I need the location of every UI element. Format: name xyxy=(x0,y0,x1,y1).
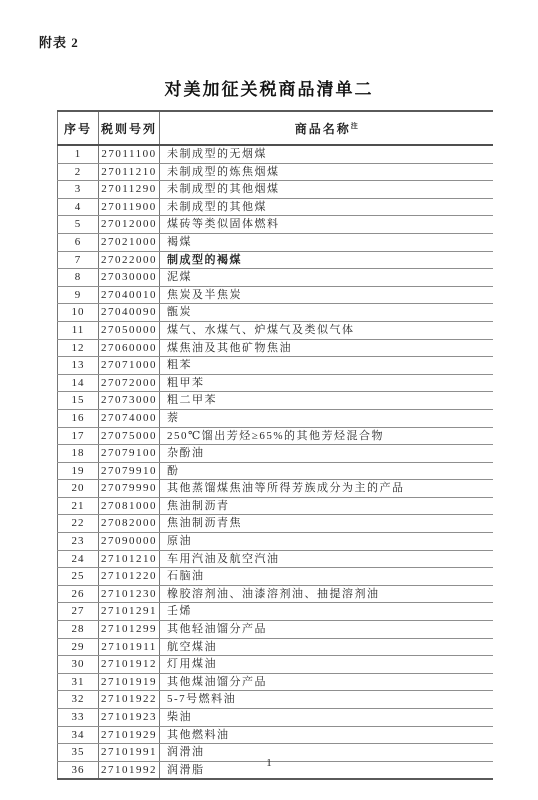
row-index-cell: 11 xyxy=(58,321,99,339)
row-index-cell: 15 xyxy=(58,392,99,410)
table-row: 2227082000焦油制沥青焦 xyxy=(58,515,493,533)
column-header-name: 商品名称注 xyxy=(160,111,493,145)
attachment-label: 附表 2 xyxy=(39,32,79,51)
row-index-cell: 29 xyxy=(58,638,99,656)
tariff-code-cell: 27101922 xyxy=(99,691,160,709)
product-name-cell: 其他煤油馏分产品 xyxy=(160,673,493,691)
tariff-code-cell: 27101299 xyxy=(99,621,160,639)
row-index-cell: 26 xyxy=(58,585,99,603)
tariff-code-cell: 27021000 xyxy=(99,233,160,251)
table-row: 727022000制成型的褐煤 xyxy=(58,251,493,269)
product-name-cell: 未制成型的其他烟煤 xyxy=(160,181,493,199)
product-name-cell: 航空煤油 xyxy=(160,638,493,656)
table-row: 2427101210车用汽油及航空汽油 xyxy=(58,550,493,568)
product-name-cell: 灯用煤油 xyxy=(160,656,493,674)
table-row: 127011100未制成型的无烟煤 xyxy=(58,145,493,163)
column-header-name-text: 商品名称 xyxy=(295,122,351,136)
product-name-cell: 原油 xyxy=(160,533,493,551)
tariff-code-cell: 27074000 xyxy=(99,409,160,427)
column-header-code: 税则号列 xyxy=(99,111,160,145)
tariff-code-cell: 27101911 xyxy=(99,638,160,656)
table-row: 1327071000粗苯 xyxy=(58,357,493,375)
row-index-cell: 13 xyxy=(58,357,99,375)
tariff-code-cell: 27101912 xyxy=(99,656,160,674)
row-index-cell: 5 xyxy=(58,216,99,234)
table-row: 2727101291壬烯 xyxy=(58,603,493,621)
product-name-cell: 未制成型的其他煤 xyxy=(160,198,493,216)
product-name-cell: 甑炭 xyxy=(160,304,493,322)
row-index-cell: 10 xyxy=(58,304,99,322)
tariff-code-cell: 27079100 xyxy=(99,445,160,463)
table-row: 3027101912灯用煤油 xyxy=(58,656,493,674)
tariff-code-cell: 27060000 xyxy=(99,339,160,357)
row-index-cell: 25 xyxy=(58,568,99,586)
tariff-code-cell: 27101923 xyxy=(99,709,160,727)
product-name-cell: 壬烯 xyxy=(160,603,493,621)
row-index-cell: 2 xyxy=(58,163,99,181)
table-row: 1027040090甑炭 xyxy=(58,304,493,322)
row-index-cell: 17 xyxy=(58,427,99,445)
row-index-cell: 9 xyxy=(58,286,99,304)
tariff-code-cell: 27101291 xyxy=(99,603,160,621)
tariff-code-cell: 27075000 xyxy=(99,427,160,445)
table-row: 227011210未制成型的炼焦烟煤 xyxy=(58,163,493,181)
table-row: 2927101911航空煤油 xyxy=(58,638,493,656)
product-name-cell: 褐煤 xyxy=(160,233,493,251)
row-index-cell: 28 xyxy=(58,621,99,639)
row-index-cell: 18 xyxy=(58,445,99,463)
table-row: 2327090000原油 xyxy=(58,533,493,551)
table-row: 1527073000粗二甲苯 xyxy=(58,392,493,410)
tariff-code-cell: 27082000 xyxy=(99,515,160,533)
table-row: 527012000煤砖等类似固体燃料 xyxy=(58,216,493,234)
product-name-cell: 未制成型的无烟煤 xyxy=(160,145,493,163)
row-index-cell: 23 xyxy=(58,533,99,551)
table-row: 1127050000煤气、水煤气、炉煤气及类似气体 xyxy=(58,321,493,339)
tariff-code-cell: 27101919 xyxy=(99,673,160,691)
row-index-cell: 20 xyxy=(58,480,99,498)
table-row: 2527101220石脑油 xyxy=(58,568,493,586)
product-name-cell: 其他蒸馏煤焦油等所得芳族成分为主的产品 xyxy=(160,480,493,498)
product-name-cell: 石脑油 xyxy=(160,568,493,586)
product-name-cell: 煤砖等类似固体燃料 xyxy=(160,216,493,234)
table-row: 927040010焦炭及半焦炭 xyxy=(58,286,493,304)
row-index-cell: 21 xyxy=(58,497,99,515)
product-name-cell: 橡胶溶剂油、油漆溶剂油、抽提溶剂油 xyxy=(160,585,493,603)
tariff-code-cell: 27090000 xyxy=(99,533,160,551)
table-row: 2027079990其他蒸馏煤焦油等所得芳族成分为主的产品 xyxy=(58,480,493,498)
row-index-cell: 16 xyxy=(58,409,99,427)
row-index-cell: 3 xyxy=(58,181,99,199)
row-index-cell: 30 xyxy=(58,656,99,674)
product-name-cell: 250℃馏出芳烃≥65%的其他芳烃混合物 xyxy=(160,427,493,445)
row-index-cell: 19 xyxy=(58,462,99,480)
document-page: 附表 2 对美加征关税商品清单二 序号 税则号列 商品名称注 127011100… xyxy=(0,0,538,800)
table-row: 327011290未制成型的其他烟煤 xyxy=(58,181,493,199)
table-row: 1227060000煤焦油及其他矿物焦油 xyxy=(58,339,493,357)
product-name-cell: 未制成型的炼焦烟煤 xyxy=(160,163,493,181)
row-index-cell: 33 xyxy=(58,709,99,727)
table-row: 427011900未制成型的其他煤 xyxy=(58,198,493,216)
product-name-cell: 杂酚油 xyxy=(160,445,493,463)
table-row: 827030000泥煤 xyxy=(58,269,493,287)
product-name-cell: 制成型的褐煤 xyxy=(160,251,493,269)
product-name-cell: 5-7号燃料油 xyxy=(160,691,493,709)
tariff-code-cell: 27101929 xyxy=(99,726,160,744)
row-index-cell: 1 xyxy=(58,145,99,163)
table-row: 2827101299其他轻油馏分产品 xyxy=(58,621,493,639)
product-name-cell: 其他轻油馏分产品 xyxy=(160,621,493,639)
row-index-cell: 14 xyxy=(58,374,99,392)
tariff-code-cell: 27101230 xyxy=(99,585,160,603)
note-superscript: 注 xyxy=(351,122,358,130)
product-name-cell: 焦炭及半焦炭 xyxy=(160,286,493,304)
product-name-cell: 车用汽油及航空汽油 xyxy=(160,550,493,568)
tariff-table: 序号 税则号列 商品名称注 127011100未制成型的无烟煤227011210… xyxy=(57,110,493,780)
table-row: 1427072000粗甲苯 xyxy=(58,374,493,392)
product-name-cell: 泥煤 xyxy=(160,269,493,287)
product-name-cell: 柴油 xyxy=(160,709,493,727)
row-index-cell: 34 xyxy=(58,726,99,744)
row-index-cell: 7 xyxy=(58,251,99,269)
tariff-code-cell: 27011290 xyxy=(99,181,160,199)
tariff-code-cell: 27081000 xyxy=(99,497,160,515)
table-row: 32271019225-7号燃料油 xyxy=(58,691,493,709)
tariff-code-cell: 27040010 xyxy=(99,286,160,304)
table-body: 127011100未制成型的无烟煤227011210未制成型的炼焦烟煤32701… xyxy=(58,145,493,779)
table-row: 3327101923柴油 xyxy=(58,709,493,727)
header-row: 序号 税则号列 商品名称注 xyxy=(58,111,493,145)
tariff-code-cell: 27022000 xyxy=(99,251,160,269)
table-row: 627021000褐煤 xyxy=(58,233,493,251)
page-number: 1 xyxy=(0,757,538,769)
column-header-index: 序号 xyxy=(58,111,99,145)
product-name-cell: 酚 xyxy=(160,462,493,480)
tariff-code-cell: 27072000 xyxy=(99,374,160,392)
product-name-cell: 粗二甲苯 xyxy=(160,392,493,410)
row-index-cell: 22 xyxy=(58,515,99,533)
table-row: 3427101929其他燃料油 xyxy=(58,726,493,744)
table-header: 序号 税则号列 商品名称注 xyxy=(58,111,493,145)
product-name-cell: 焦油制沥青 xyxy=(160,497,493,515)
product-name-cell: 煤焦油及其他矿物焦油 xyxy=(160,339,493,357)
row-index-cell: 32 xyxy=(58,691,99,709)
tariff-code-cell: 27073000 xyxy=(99,392,160,410)
row-index-cell: 8 xyxy=(58,269,99,287)
tariff-code-cell: 27079910 xyxy=(99,462,160,480)
table-row: 1627074000萘 xyxy=(58,409,493,427)
table-row: 3127101919其他煤油馏分产品 xyxy=(58,673,493,691)
product-name-cell: 粗甲苯 xyxy=(160,374,493,392)
table-row: 1927079910酚 xyxy=(58,462,493,480)
row-index-cell: 12 xyxy=(58,339,99,357)
tariff-code-cell: 27011900 xyxy=(99,198,160,216)
tariff-code-cell: 27101220 xyxy=(99,568,160,586)
table-row: 2627101230橡胶溶剂油、油漆溶剂油、抽提溶剂油 xyxy=(58,585,493,603)
tariff-code-cell: 27071000 xyxy=(99,357,160,375)
row-index-cell: 24 xyxy=(58,550,99,568)
table-row: 1827079100杂酚油 xyxy=(58,445,493,463)
page-title: 对美加征关税商品清单二 xyxy=(0,75,538,100)
row-index-cell: 27 xyxy=(58,603,99,621)
tariff-code-cell: 27101210 xyxy=(99,550,160,568)
row-index-cell: 4 xyxy=(58,198,99,216)
tariff-code-cell: 27030000 xyxy=(99,269,160,287)
table-row: 2127081000焦油制沥青 xyxy=(58,497,493,515)
tariff-code-cell: 27011100 xyxy=(99,145,160,163)
tariff-code-cell: 27079990 xyxy=(99,480,160,498)
product-name-cell: 其他燃料油 xyxy=(160,726,493,744)
product-name-cell: 煤气、水煤气、炉煤气及类似气体 xyxy=(160,321,493,339)
row-index-cell: 6 xyxy=(58,233,99,251)
product-name-cell: 焦油制沥青焦 xyxy=(160,515,493,533)
product-name-cell: 粗苯 xyxy=(160,357,493,375)
product-name-cell: 萘 xyxy=(160,409,493,427)
row-index-cell: 31 xyxy=(58,673,99,691)
tariff-code-cell: 27040090 xyxy=(99,304,160,322)
table-row: 1727075000250℃馏出芳烃≥65%的其他芳烃混合物 xyxy=(58,427,493,445)
tariff-code-cell: 27011210 xyxy=(99,163,160,181)
tariff-code-cell: 27012000 xyxy=(99,216,160,234)
tariff-code-cell: 27050000 xyxy=(99,321,160,339)
